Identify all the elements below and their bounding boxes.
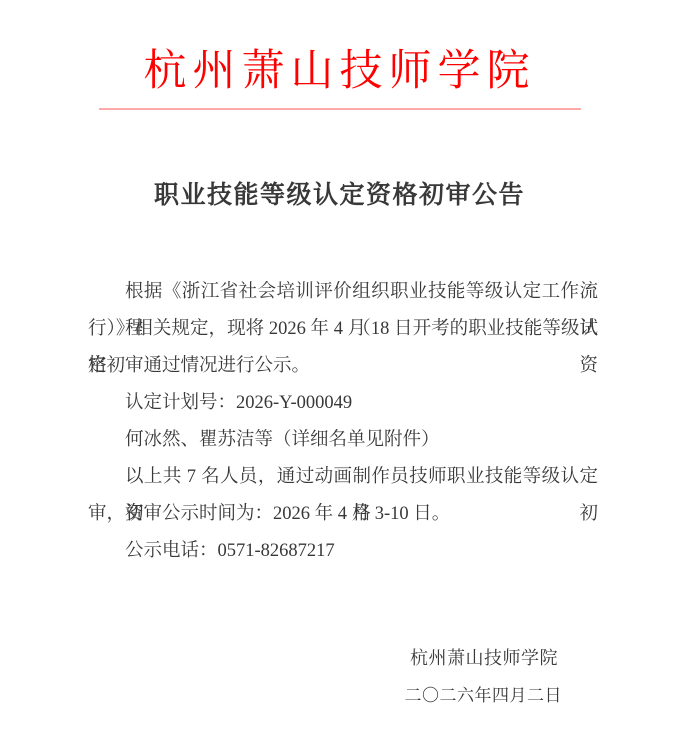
- signature-organization: 杭州萧山技师学院: [88, 640, 598, 677]
- signature-block: 杭州萧山技师学院 二〇二六年四月二日: [88, 640, 598, 714]
- school-name-header: 杭州萧山技师学院: [0, 0, 679, 95]
- body-line-basis-2: 行）》相关规定，现将 2026 年 4 月 18 日开考的职业技能等级认定资: [88, 311, 598, 348]
- body-line-plan-number: 认定计划号：2026-Y-000049: [88, 385, 598, 422]
- header-divider-line: [99, 108, 581, 110]
- body-line-candidate-names: 何冰然、瞿苏洁等（详细名单见附件）: [88, 422, 598, 459]
- announcement-title: 职业技能等级认定资格初审公告: [0, 182, 679, 210]
- announcement-body: 根据《浙江省社会培训评价组织职业技能等级认定工作流程（试 行）》相关规定，现将 …: [88, 274, 598, 570]
- body-line-basis-1: 根据《浙江省社会培训评价组织职业技能等级认定工作流程（试: [88, 274, 598, 311]
- signature-date: 二〇二六年四月二日: [88, 677, 598, 714]
- body-line-phone: 公示电话：0571-82687217: [88, 533, 598, 570]
- body-line-summary-1: 以上共 7 名人员，通过动画制作员技师职业技能等级认定资格初: [88, 459, 598, 496]
- announcement-document-page: 杭州萧山技师学院 职业技能等级认定资格初审公告 根据《浙江省社会培训评价组织职业…: [0, 0, 679, 732]
